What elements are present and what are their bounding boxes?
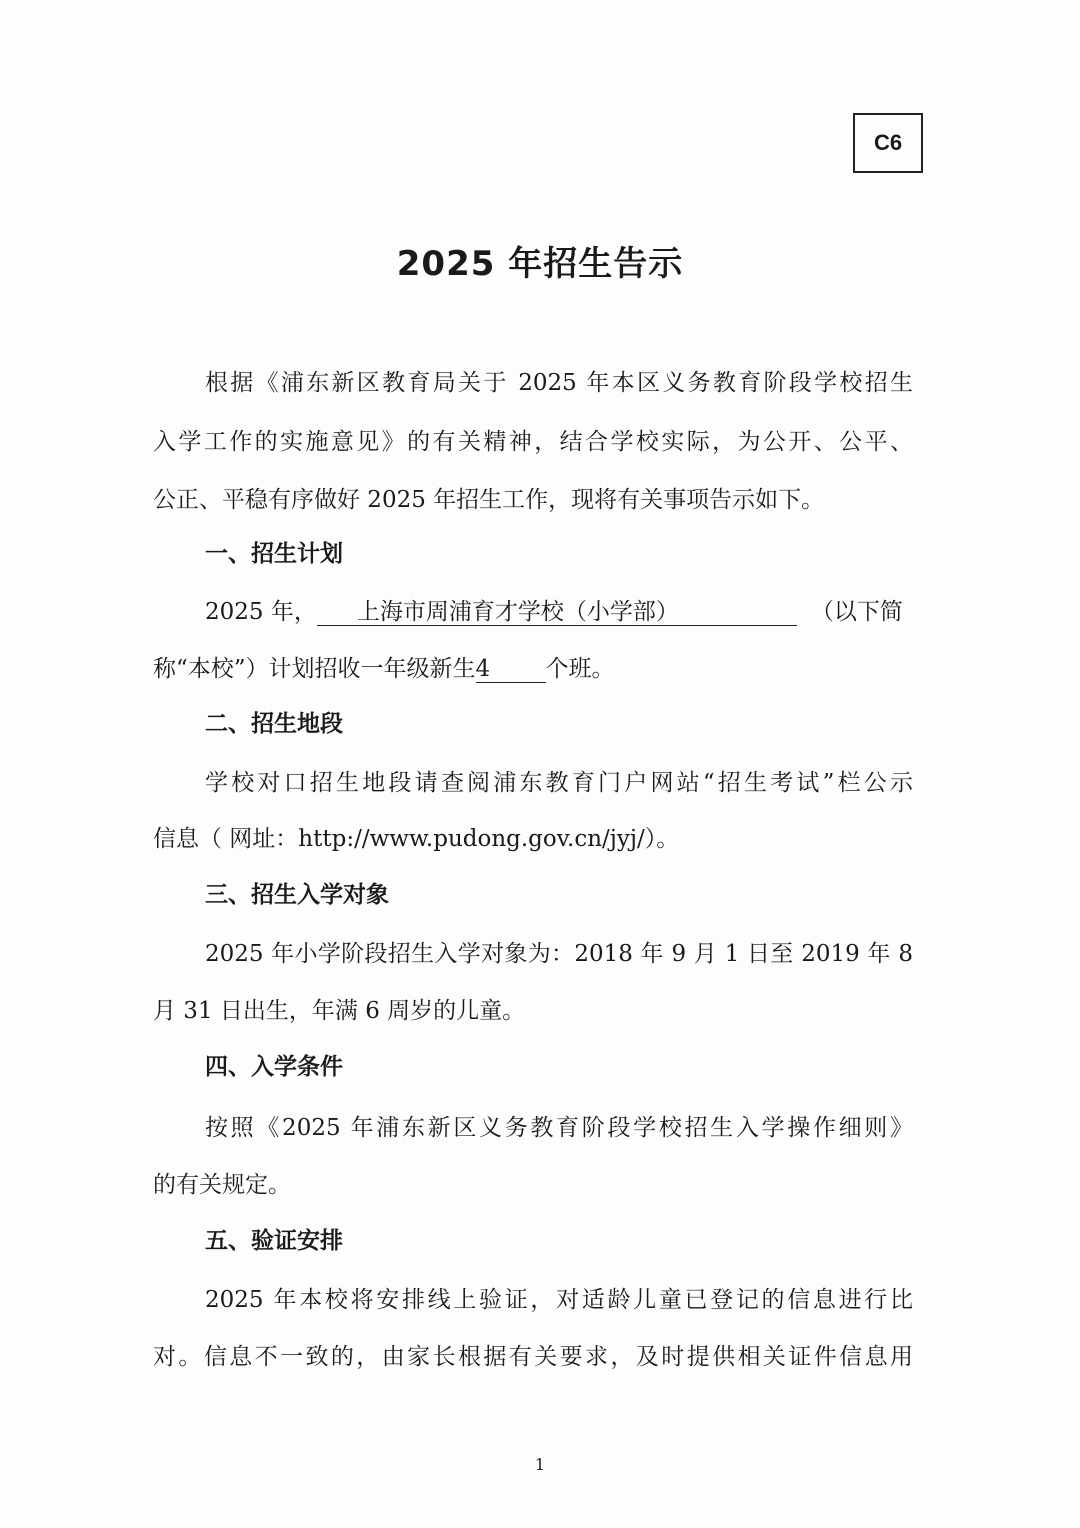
district-line-2: 信息（ 网址：http://www.pudong.gov.cn/jyj/）。 bbox=[153, 820, 913, 853]
eligibility-line-2: 月 31 日出生，年满 6 周岁的儿童。 bbox=[153, 992, 913, 1025]
plan-enroll-text: 称“本校”）计划招收一年级新生 bbox=[153, 656, 476, 682]
document-code-box: C6 bbox=[853, 113, 923, 173]
section-heading-conditions: 四、入学条件 bbox=[205, 1048, 913, 1081]
district-line-1: 学校对口招生地段请查阅浦东教育门户网站“招生考试”栏公示 bbox=[205, 764, 913, 797]
intro-line-1: 根据《浦东新区教育局关于 2025 年本区义务教育阶段学校招生 bbox=[205, 364, 913, 397]
conditions-line-1: 按照《2025 年浦东新区义务教育阶段学校招生入学操作细则》 bbox=[205, 1109, 913, 1142]
plan-class-unit: 个班。 bbox=[546, 656, 615, 682]
section-heading-eligibility: 三、招生入学对象 bbox=[205, 876, 913, 909]
conditions-line-2: 的有关规定。 bbox=[153, 1166, 913, 1199]
eligibility-line-1: 2025 年小学阶段招生入学对象为：2018 年 9 月 1 日至 2019 年… bbox=[205, 935, 913, 968]
plan-line-2: 称“本校”）计划招收一年级新生4个班。 bbox=[153, 650, 913, 683]
page-number: 1 bbox=[0, 1455, 1080, 1474]
section-heading-verification: 五、验证安排 bbox=[205, 1222, 913, 1255]
intro-line-3: 公正、平稳有序做好 2025 年招生工作，现将有关事项告示如下。 bbox=[153, 481, 913, 514]
section-heading-plan: 一、招生计划 bbox=[205, 535, 913, 568]
school-name-field: 上海市周浦育才学校（小学部） bbox=[317, 600, 797, 626]
section-heading-district: 二、招生地段 bbox=[205, 705, 913, 738]
document-title: 2025 年招生告示 bbox=[0, 236, 1080, 285]
plan-line-1: 2025 年，上海市周浦育才学校（小学部）（以下简 bbox=[205, 593, 913, 626]
verification-line-1: 2025 年本校将安排线上验证，对适龄儿童已登记的信息进行比 bbox=[205, 1281, 913, 1314]
plan-year-text: 2025 年， bbox=[205, 599, 317, 625]
plan-abbrev-text: （以下简 bbox=[811, 599, 903, 625]
intro-line-2: 入学工作的实施意见》的有关精神，结合学校实际，为公开、公平、 bbox=[153, 423, 913, 456]
class-count-field: 4 bbox=[476, 657, 546, 683]
verification-line-2: 对。信息不一致的，由家长根据有关要求，及时提供相关证件信息用 bbox=[153, 1338, 913, 1371]
